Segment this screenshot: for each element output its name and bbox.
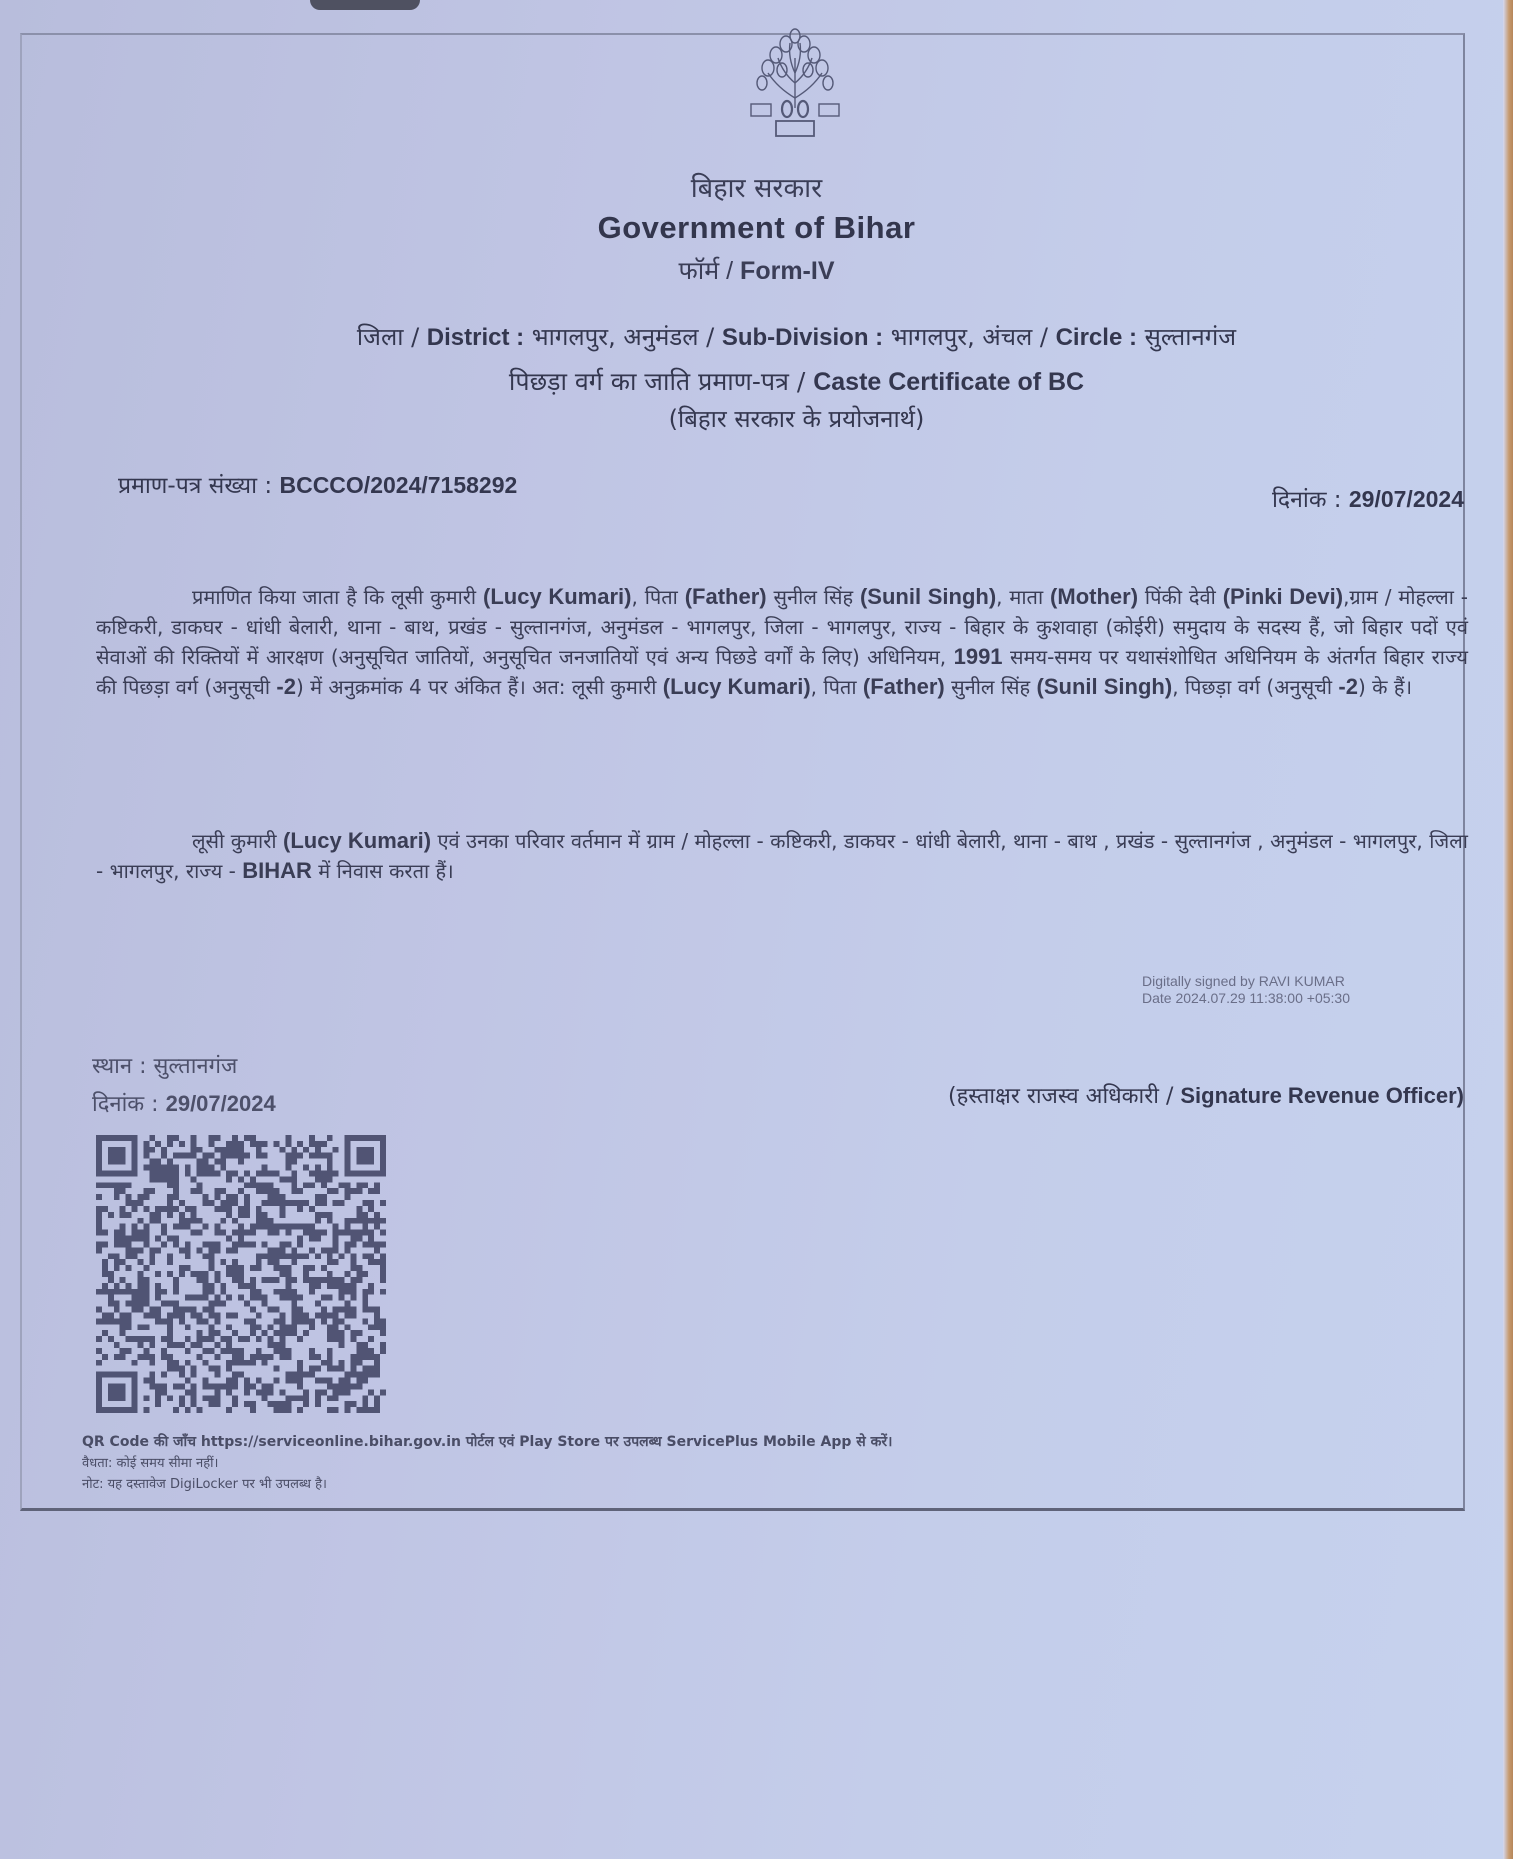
district-label: District :: [427, 324, 524, 351]
body-text: ) के हैं।: [1358, 675, 1412, 699]
govt-title-hindi: बिहार सरकार: [0, 168, 1513, 205]
district-value: भागलपुर,: [524, 323, 623, 351]
photo-shadow: [310, 0, 420, 10]
place-date-value: 29/07/2024: [166, 1091, 276, 1116]
district-label-hindi: जिला /: [357, 323, 427, 351]
body-text: सुनील सिंह: [945, 675, 1037, 699]
emphasized-text: (Pinki Devi): [1223, 584, 1343, 609]
emphasized-text: (Sunil Singh): [1037, 674, 1173, 699]
form-label-english: Form-IV: [740, 257, 834, 285]
place-date: दिनांक : 29/07/2024: [92, 1088, 276, 1118]
body-text: , पिता: [811, 675, 863, 699]
circle-value: सुल्तानगंज: [1137, 323, 1236, 351]
subdivision-label-hindi: अनुमंडल /: [623, 323, 721, 351]
subdivision-value: भागलपुर,: [883, 323, 982, 351]
footer-notes: QR Code की जाँच https://serviceonline.bi…: [82, 1432, 892, 1495]
certificate-purpose: (बिहार सरकार के प्रयोजनार्थ): [40, 402, 1513, 435]
certificate-title-hindi: पिछड़ा वर्ग का जाति प्रमाण-पत्र /: [509, 367, 813, 396]
body-text: ) में अनुक्रमांक 4 पर अंकित हैं। अत: लूस…: [296, 675, 663, 699]
circle-label: Circle :: [1056, 324, 1137, 351]
emphasized-text: -2: [276, 674, 296, 699]
body-text: , पिता: [631, 585, 684, 609]
emphasized-text: 1991: [954, 644, 1003, 669]
place-value: सुल्तानगंज: [153, 1054, 237, 1079]
emphasized-text: -2: [1338, 674, 1358, 699]
form-number: फॉर्म / Form-IV: [0, 253, 1513, 287]
digital-signature-signer: Digitally signed by RAVI KUMAR: [1142, 973, 1350, 990]
separator: /: [719, 257, 740, 285]
issue-date-label: दिनांक :: [1272, 487, 1349, 513]
body-text: , पिछड़ा वर्ग (अनुसूची: [1172, 675, 1338, 699]
emphasized-text: (Father): [863, 674, 945, 699]
body-text: प्रमाणित किया जाता है कि लूसी कुमारी: [192, 585, 483, 609]
certificate-title-english: Caste Certificate of BC: [813, 368, 1084, 396]
emphasized-text: (Lucy Kumari): [663, 674, 811, 699]
issue-date-value: 29/07/2024: [1349, 486, 1464, 512]
signature-label-english: Signature Revenue Officer): [1180, 1083, 1464, 1108]
emphasized-text: (Father): [685, 584, 767, 609]
certificate-number-label: प्रमाण-पत्र संख्या :: [118, 473, 279, 499]
digital-signature-date: Date 2024.07.29 11:38:00 +05:30: [1142, 990, 1350, 1007]
qr-code-icon[interactable]: [96, 1135, 386, 1413]
body-text: , माता: [996, 585, 1050, 609]
place-label: स्थान :: [92, 1054, 153, 1079]
certificate-number-value: BCCCO/2024/7158292: [279, 472, 517, 498]
residence-paragraph: लूसी कुमारी (Lucy Kumari) एवं उनका परिवा…: [96, 826, 1468, 886]
emphasized-text: (Lucy Kumari): [283, 828, 431, 853]
validity-note: वैधता: कोई समय सीमा नहीं।: [82, 1453, 892, 1474]
certificate-title: पिछड़ा वर्ग का जाति प्रमाण-पत्र / Caste …: [40, 364, 1513, 398]
body-text: लूसी कुमारी: [192, 829, 283, 853]
body-text: सुनील सिंह: [767, 585, 860, 609]
emphasized-text: (Lucy Kumari): [483, 584, 631, 609]
qr-verification-note: QR Code की जाँच https://serviceonline.bi…: [82, 1432, 892, 1453]
certificate-number: प्रमाण-पत्र संख्या : BCCCO/2024/7158292: [118, 468, 517, 500]
body-text: में निवास करता हैं।: [312, 859, 454, 883]
subdivision-label: Sub-Division :: [722, 324, 883, 351]
location-line: जिला / District : भागलपुर, अनुमंडल / Sub…: [40, 320, 1513, 353]
govt-title-english: Government of Bihar: [0, 210, 1513, 246]
signature-label: (हस्ताक्षर राजस्व अधिकारी / Signature Re…: [948, 1080, 1464, 1110]
emphasized-text: (Sunil Singh): [860, 584, 996, 609]
circle-label-hindi: अंचल /: [982, 323, 1055, 351]
bihar-emblem-icon: [738, 28, 852, 138]
emphasized-text: (Mother): [1050, 584, 1138, 609]
place-date-label: दिनांक :: [92, 1092, 166, 1117]
digital-signature-stamp: Digitally signed by RAVI KUMAR Date 2024…: [1142, 973, 1350, 1007]
place: स्थान : सुल्तानगंज: [92, 1050, 237, 1080]
digilocker-note: नोट: यह दस्तावेज DigiLocker पर भी उपलब्ध…: [82, 1474, 892, 1495]
emphasized-text: BIHAR: [242, 858, 312, 883]
body-text: पिंकी देवी: [1138, 585, 1223, 609]
signature-label-hindi: (हस्ताक्षर राजस्व अधिकारी /: [948, 1084, 1180, 1109]
form-label-hindi: फॉर्म: [679, 256, 720, 285]
certification-paragraph: प्रमाणित किया जाता है कि लूसी कुमारी (Lu…: [96, 582, 1468, 702]
issue-date: दिनांक : 29/07/2024: [1272, 482, 1464, 514]
